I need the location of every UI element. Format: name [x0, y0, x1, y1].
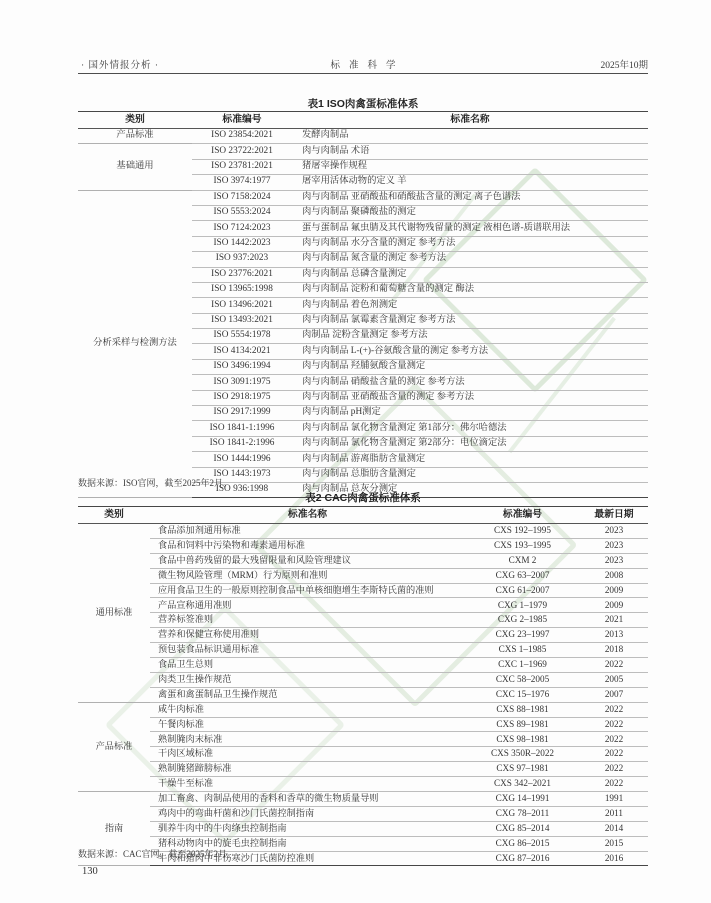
category-cell: 通用标准 — [78, 524, 150, 703]
table-row: 熟制腌猪蹄膀标准CXS 97–19812022 — [78, 762, 648, 777]
cell: 肉制品 淀粉含量测定 参考方法 — [292, 329, 648, 344]
cell: 熟制腌猪蹄膀标准 — [150, 762, 465, 777]
cell: 2021 — [580, 613, 648, 628]
issue-label: 2025年10期 — [600, 57, 648, 71]
cell: ISO 1444:1996 — [192, 452, 292, 467]
column-header-name: 标准名称 — [292, 112, 648, 129]
cell: 蛋与蛋制品 氟虫腈及其代谢物残留量的测定 液相色谱-质谱联用法 — [292, 221, 648, 236]
table-row: 产品标准咸牛肉标准CXS 88–19812022 — [78, 702, 648, 717]
table-header-row: 类别 标准编号 标准名称 — [78, 112, 648, 129]
cell: 肉类卫生操作规范 — [150, 672, 465, 687]
cell: 食品添加剂通用标准 — [150, 524, 465, 539]
cell: 2013 — [580, 628, 648, 643]
table-row: 营养和保健宣称使用准则CXG 23–19972013 — [78, 628, 648, 643]
cell: 2015 — [580, 836, 648, 851]
column-header-date: 最新日期 — [580, 507, 648, 524]
cell: 午餐肉标准 — [150, 717, 465, 732]
cell: 营养和保健宣称使用准则 — [150, 628, 465, 643]
cell: 2007 — [580, 687, 648, 702]
header-rule — [78, 73, 648, 74]
cell: 2023 — [580, 524, 648, 539]
cell: 肉与肉制品 硝酸盐含量的测定 参考方法 — [292, 375, 648, 390]
cell: CXG 86–2015 — [465, 836, 580, 851]
cell: ISO 5554:1978 — [192, 329, 292, 344]
cell: 肉与肉制品 聚磷酸盐的测定 — [292, 205, 648, 220]
cell: ISO 3974:1977 — [192, 175, 292, 190]
cell: ISO 4134:2021 — [192, 344, 292, 359]
cell: 肉与肉制品 亚硝酸盐和硝酸盐含量的测定 离子色谱法 — [292, 190, 648, 205]
cell: CXG 78–2011 — [465, 806, 580, 821]
cell: 2009 — [580, 598, 648, 613]
cell: 加工畜禽、肉制品使用的香料和香草的微生物质量导则 — [150, 792, 465, 807]
cell: ISO 7124:2023 — [192, 221, 292, 236]
cell: CXS 1–1985 — [465, 643, 580, 658]
cell: ISO 937:2023 — [192, 252, 292, 267]
cell: 2022 — [580, 762, 648, 777]
table1-source-note: 数据来源：ISO官网，截至2025年2月。 — [78, 476, 232, 489]
category-cell: 产品标准 — [78, 129, 192, 144]
cell: ISO 2917:1999 — [192, 406, 292, 421]
cell: 咸牛肉标准 — [150, 702, 465, 717]
cell: 预包装食品标识通用标准 — [150, 643, 465, 658]
table-row: 干燥牛至标准CXS 342–20212022 — [78, 777, 648, 792]
table-row: 午餐肉标准CXS 89–19812022 — [78, 717, 648, 732]
column-header-code: 标准编号 — [192, 112, 292, 129]
cell: ISO 23781:2021 — [192, 159, 292, 174]
cell: 应用食品卫生的一般原则控制食品中单核细胞增生李斯特氏菌的准则 — [150, 583, 465, 598]
column-header-name: 标准名称 — [150, 507, 465, 524]
category-cell: 产品标准 — [78, 702, 150, 791]
cell: ISO 13965:1998 — [192, 282, 292, 297]
cell: CXG 14–1991 — [465, 792, 580, 807]
table-row: 产品宣称通用准则CXG 1–19792009 — [78, 598, 648, 613]
cell: CXS 98–1981 — [465, 732, 580, 747]
cell: ISO 13496:2021 — [192, 298, 292, 313]
cell: 食品中兽药残留的最大残留限量和风险管理建议 — [150, 553, 465, 568]
page-header: · 国外情报分析 · 标准科学 2025年10期 — [78, 57, 648, 71]
cell: ISO 1841-2:1996 — [192, 436, 292, 451]
cell: CXC 15–1976 — [465, 687, 580, 702]
table-row: 驯养牛肉中的牛肉绦虫控制指南CXG 85–20142014 — [78, 821, 648, 836]
cell: ISO 7158:2024 — [192, 190, 292, 205]
cell: 2009 — [580, 583, 648, 598]
cell: 肉与肉制品 氯化物含量测定 第1部分：佛尔哈德法 — [292, 421, 648, 436]
cell: 2018 — [580, 643, 648, 658]
table-row: 食品中兽药残留的最大残留限量和风险管理建议CXM 22023 — [78, 553, 648, 568]
cell: 肉与肉制品 氯化物含量测定 第2部分：电位滴定法 — [292, 436, 648, 451]
cell: 2014 — [580, 821, 648, 836]
cell: ISO 23722:2021 — [192, 144, 292, 159]
table-row: 干肉区域标准CXS 350R–20222022 — [78, 747, 648, 762]
cell: ISO 3091:1975 — [192, 375, 292, 390]
table-header-row: 类别 标准名称 标准编号 最新日期 — [78, 507, 648, 524]
cell: ISO 2918:1975 — [192, 390, 292, 405]
cell: CXS 88–1981 — [465, 702, 580, 717]
cell: 发酵肉制品 — [292, 129, 648, 144]
column-header-code: 标准编号 — [465, 507, 580, 524]
cell: 肉与肉制品 氯霉素含量测定 参考方法 — [292, 313, 648, 328]
cell: 2011 — [580, 806, 648, 821]
cell: 肉与肉制品 着色剂测定 — [292, 298, 648, 313]
table-row: 应用食品卫生的一般原则控制食品中单核细胞增生李斯特氏菌的准则CXG 61–200… — [78, 583, 648, 598]
cell: CXC 58–2005 — [465, 672, 580, 687]
cell: 肉与肉制品 淀粉和葡萄糖含量的测定 酶法 — [292, 282, 648, 297]
cell: 食品卫生总则 — [150, 658, 465, 673]
category-cell: 分析采样与检测方法 — [78, 190, 192, 498]
cell: CXM 2 — [465, 553, 580, 568]
cell: 禽蛋和禽蛋制品卫生操作规范 — [150, 687, 465, 702]
table1-title: 表1 ISO肉禽蛋标准体系 — [78, 96, 648, 111]
table-row: 禽蛋和禽蛋制品卫生操作规范CXC 15–19762007 — [78, 687, 648, 702]
cell: CXG 61–2007 — [465, 583, 580, 598]
table-row: 鸡肉中的弯曲杆菌和沙门氏菌控制指南CXG 78–20112011 — [78, 806, 648, 821]
cell: 肉与肉制品 总磷含量测定 — [292, 267, 648, 282]
cell: CXG 63–2007 — [465, 568, 580, 583]
cell: 肉与肉制品 氮含量的测定 参考方法 — [292, 252, 648, 267]
cell: ISO 1841-1:1996 — [192, 421, 292, 436]
cell: CXG 1–1979 — [465, 598, 580, 613]
cell: 肉与肉制品 术语 — [292, 144, 648, 159]
cell: 微生物风险管理（MRM）行为原则和准则 — [150, 568, 465, 583]
cell: CXS 192–1995 — [465, 524, 580, 539]
cell: CXS 342–2021 — [465, 777, 580, 792]
cell: 肉与肉制品 总脂肪含量测定 — [292, 467, 648, 482]
cell: 2023 — [580, 553, 648, 568]
cell: 2022 — [580, 747, 648, 762]
cac-standards-table: 类别 标准名称 标准编号 最新日期 通用标准食品添加剂通用标准CXS 192–1… — [78, 506, 648, 866]
cell: 肉与肉制品 L-(+)-谷氨酸含量的测定 参考方法 — [292, 344, 648, 359]
column-header-category: 类别 — [78, 112, 192, 129]
table-row: 营养标签准则CXG 2–19852021 — [78, 613, 648, 628]
cell: 2016 — [580, 851, 648, 866]
page-number: 130 — [82, 866, 98, 877]
cell: ISO 5553:2024 — [192, 205, 292, 220]
cell: 2008 — [580, 568, 648, 583]
cell: 肉与肉制品 游离脂肪含量测定 — [292, 452, 648, 467]
journal-title: 标准科学 — [78, 57, 648, 71]
category-cell: 基础通用 — [78, 144, 192, 190]
cell: ISO 23776:2021 — [192, 267, 292, 282]
cell: 驯养牛肉中的牛肉绦虫控制指南 — [150, 821, 465, 836]
table-row: 通用标准食品添加剂通用标准CXS 192–19952023 — [78, 524, 648, 539]
cell: CXG 23–1997 — [465, 628, 580, 643]
cell: CXS 89–1981 — [465, 717, 580, 732]
cell: 肉与肉制品 pH测定 — [292, 406, 648, 421]
cell: 2005 — [580, 672, 648, 687]
cell: ISO 23854:2021 — [192, 129, 292, 144]
cell: CXG 87–2016 — [465, 851, 580, 866]
cell: 2022 — [580, 777, 648, 792]
cell: 干肉区域标准 — [150, 747, 465, 762]
cell: 猪屠宰操作规程 — [292, 159, 648, 174]
cell: 肉与肉制品 亚硝酸盐含量的测定 参考方法 — [292, 390, 648, 405]
table-row: 微生物风险管理（MRM）行为原则和准则CXG 63–20072008 — [78, 568, 648, 583]
cell: 屠宰用活体动物的定义 羊 — [292, 175, 648, 190]
cell: 产品宣称通用准则 — [150, 598, 465, 613]
table-row: 基础通用ISO 23722:2021肉与肉制品 术语 — [78, 144, 648, 159]
table-row: 预包装食品标识通用标准CXS 1–19852018 — [78, 643, 648, 658]
table-row: 指南加工畜禽、肉制品使用的香料和香草的微生物质量导则CXG 14–1991199… — [78, 792, 648, 807]
cell: 食品和饲料中污染物和毒素通用标准 — [150, 538, 465, 553]
table-row: 肉类卫生操作规范CXC 58–20052005 — [78, 672, 648, 687]
cell: 干燥牛至标准 — [150, 777, 465, 792]
table-row: 分析采样与检测方法ISO 7158:2024肉与肉制品 亚硝酸盐和硝酸盐含量的测… — [78, 190, 648, 205]
table2-title: 表2 CAC肉禽蛋标准体系 — [78, 490, 648, 505]
cell: ISO 13493:2021 — [192, 313, 292, 328]
cell: 1991 — [580, 792, 648, 807]
table-row: 食品和饲料中污染物和毒素通用标准CXS 193–19952023 — [78, 538, 648, 553]
table-row: 食品卫生总则CXC 1–19692022 — [78, 658, 648, 673]
cell: 2022 — [580, 702, 648, 717]
cell: 肉与肉制品 羟脯氨酸含量测定 — [292, 359, 648, 374]
table-row: 熟制腌肉末标准CXS 98–19812022 — [78, 732, 648, 747]
table2-source-note: 数据来源：CAC官网，截至2025年2月。 — [78, 847, 236, 860]
cell: CXC 1–1969 — [465, 658, 580, 673]
iso-standards-table: 类别 标准编号 标准名称 产品标准ISO 23854:2021发酵肉制品基础通用… — [78, 111, 648, 498]
cell: CXS 193–1995 — [465, 538, 580, 553]
cell: 2023 — [580, 538, 648, 553]
journal-page: · 国外情报分析 · 标准科学 2025年10期 表1 ISO肉禽蛋标准体系 类… — [0, 0, 711, 903]
cell: CXS 350R–2022 — [465, 747, 580, 762]
cell: ISO 3496:1994 — [192, 359, 292, 374]
column-header-category: 类别 — [78, 507, 150, 524]
cell: 2022 — [580, 658, 648, 673]
cell: 肉与肉制品 水分含量的测定 参考方法 — [292, 236, 648, 251]
table-row: 产品标准ISO 23854:2021发酵肉制品 — [78, 129, 648, 144]
cell: 熟制腌肉末标准 — [150, 732, 465, 747]
cell: CXG 85–2014 — [465, 821, 580, 836]
cell: 营养标签准则 — [150, 613, 465, 628]
cell: 2022 — [580, 732, 648, 747]
cell: 2022 — [580, 717, 648, 732]
cell: 鸡肉中的弯曲杆菌和沙门氏菌控制指南 — [150, 806, 465, 821]
cell: ISO 1442:2023 — [192, 236, 292, 251]
cell: CXG 2–1985 — [465, 613, 580, 628]
cell: CXS 97–1981 — [465, 762, 580, 777]
